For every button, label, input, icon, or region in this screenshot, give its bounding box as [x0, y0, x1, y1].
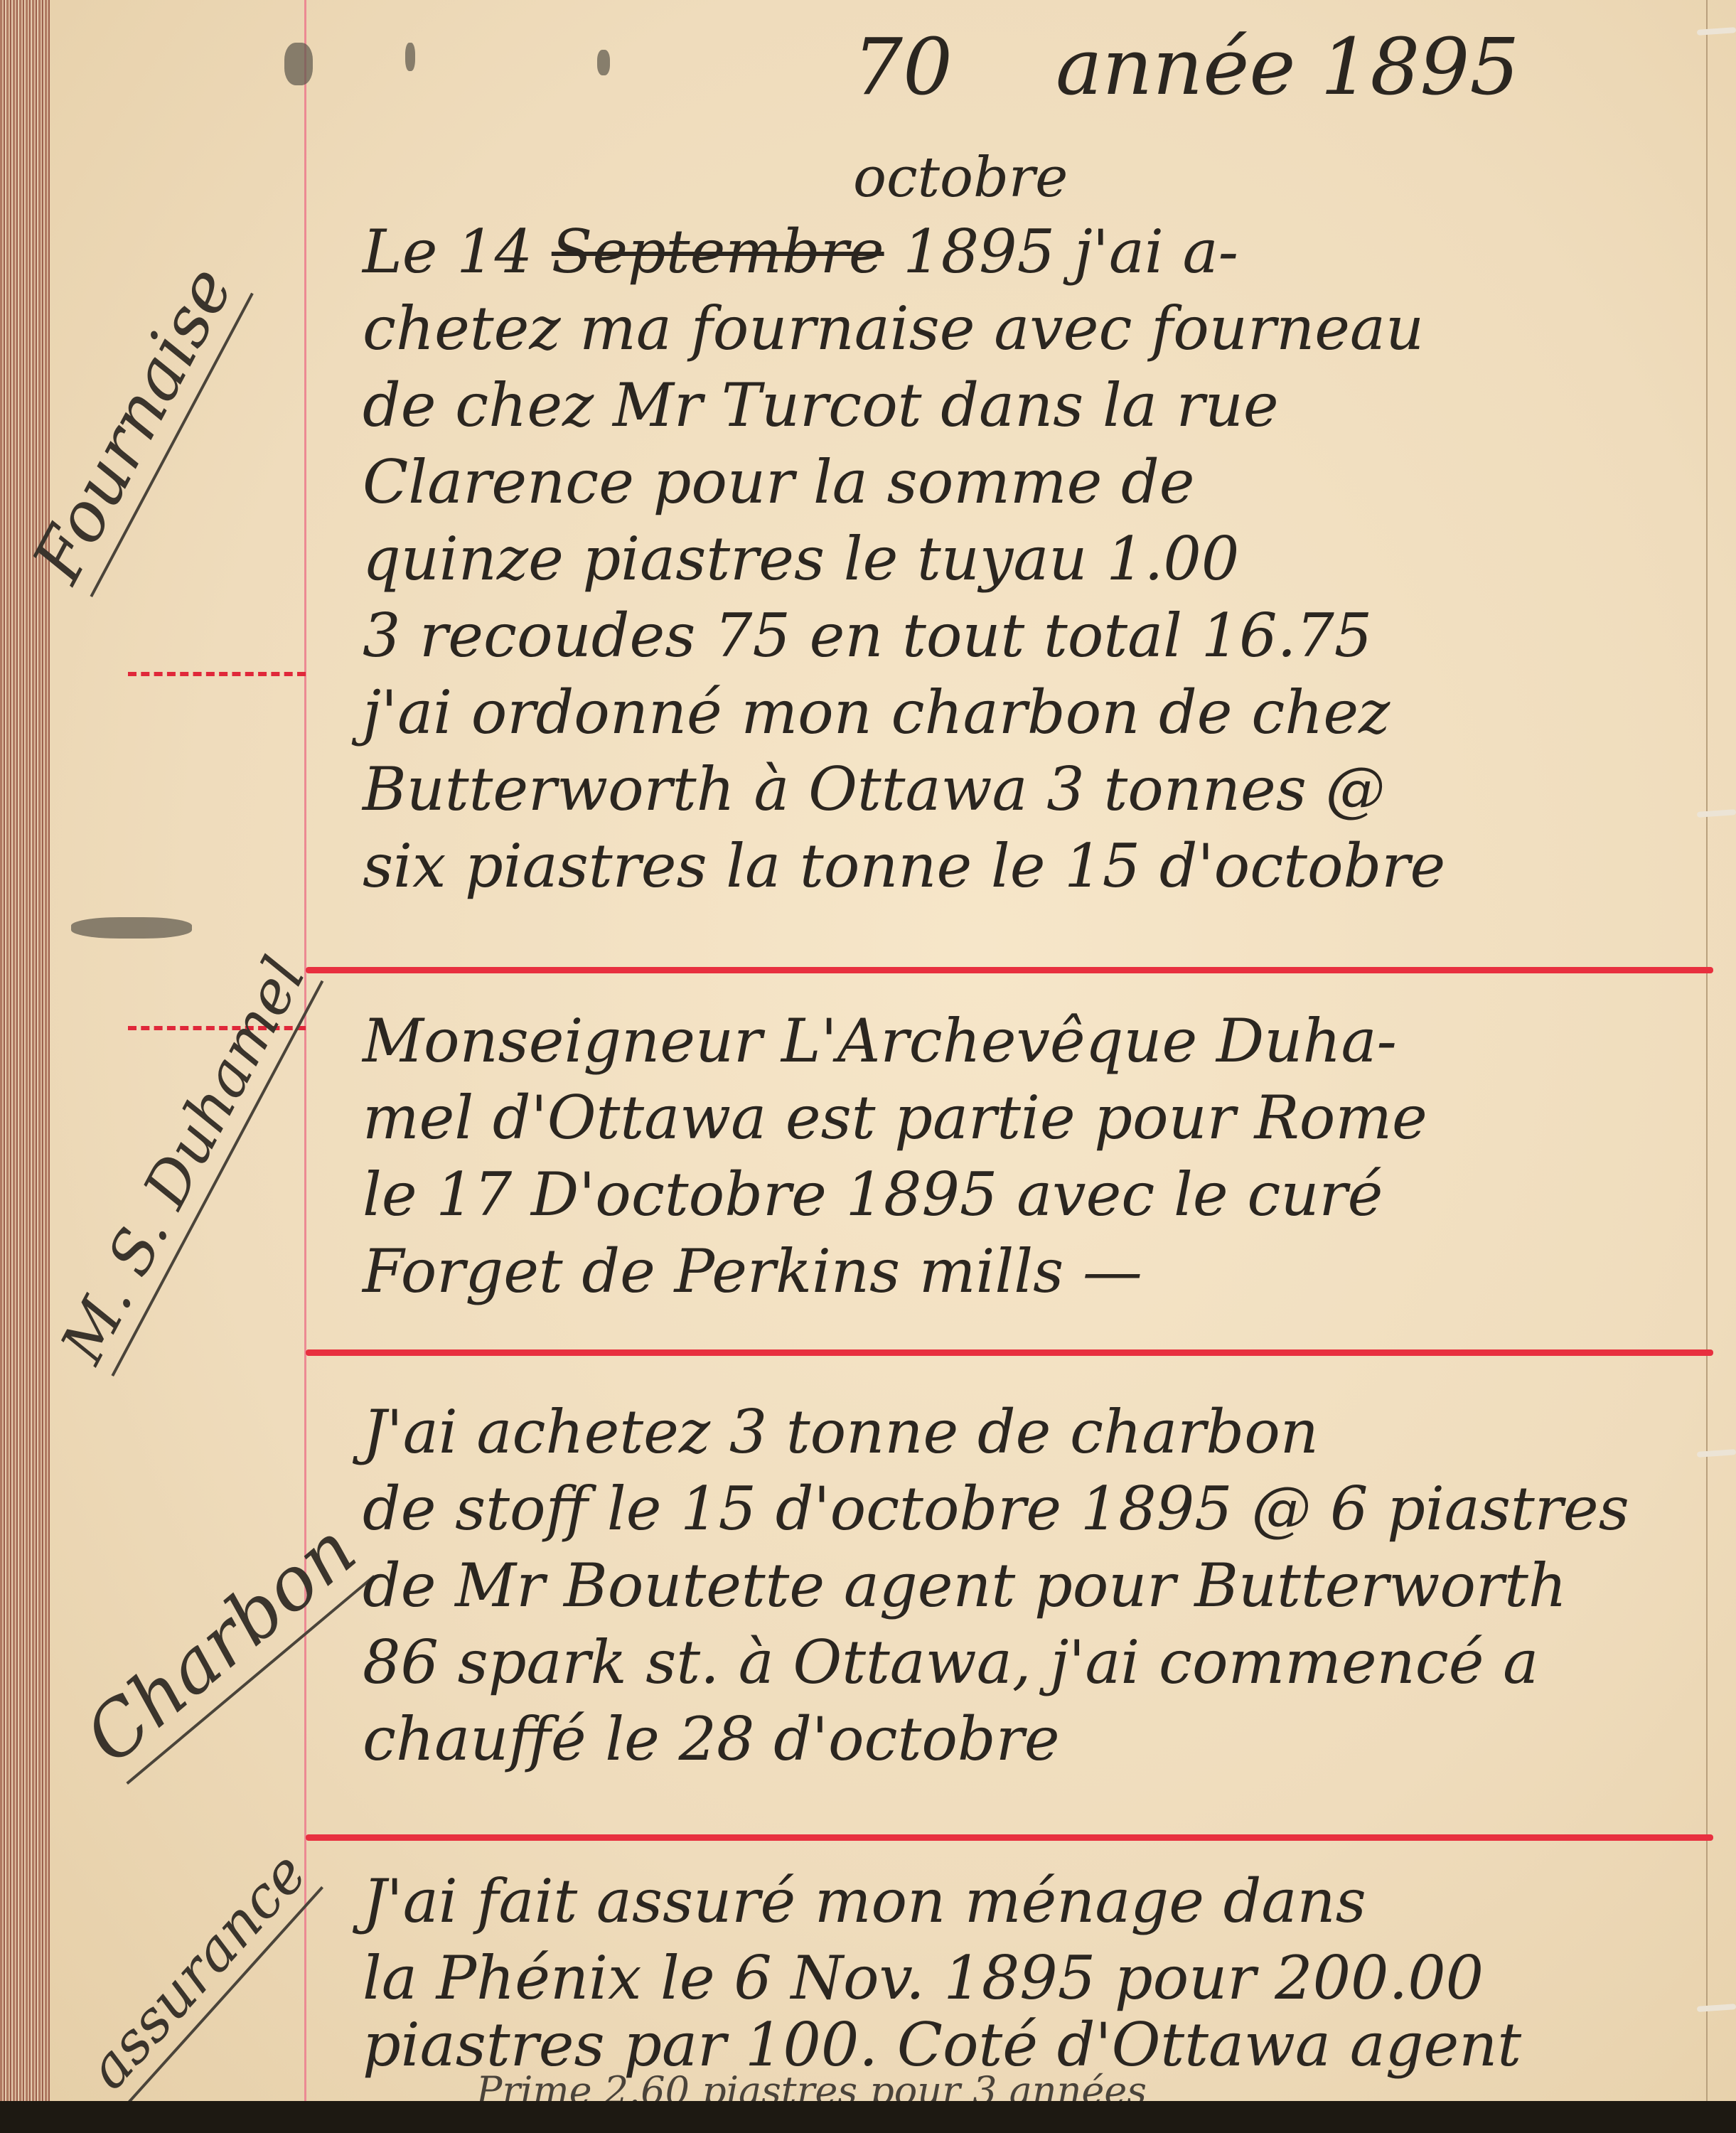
book-bottom-edge: [0, 2101, 1736, 2133]
page-header: 70 année 1895: [853, 21, 1519, 112]
entry-line: chauffé le 28 d'octobre: [363, 1701, 1736, 1777]
line-text: 1895 j'ai a-: [884, 217, 1238, 287]
entry-divider: [306, 1349, 1713, 1356]
entry-line: J'ai fait assuré mon ménage dans: [363, 1863, 1736, 1940]
entry-line: la Phénix le 6 Nov. 1895 pour 200.00: [363, 1940, 1736, 2016]
page-number: 70: [853, 21, 953, 112]
entry-line: quinze piastres le tuyau 1.00: [363, 520, 1736, 597]
line-text: Le 14: [363, 217, 552, 287]
ink-blot: [597, 50, 610, 75]
entry-line: mel d'Ottawa est partie pour Rome: [363, 1079, 1736, 1156]
margin-rule: [304, 0, 306, 2101]
margin-label-fournaise: Fournaise: [17, 254, 254, 597]
ink-smudge: [71, 917, 192, 939]
binding-stitch: [1697, 27, 1736, 36]
struck-word: Septembre: [552, 217, 884, 287]
page-title: année 1895: [1056, 21, 1519, 112]
entry-line: chetez ma fournaise avec fourneau: [363, 290, 1736, 367]
entry-line: de Mr Boutette agent pour Butterworth: [363, 1547, 1736, 1624]
entry-charbon: J'ai achetez 3 tonne de charbon de stoff…: [363, 1394, 1736, 1777]
ink-blot: [405, 43, 415, 71]
entry-line: Clarence pour la somme de: [363, 444, 1736, 520]
ledger-page: 70 année 1895 octobre Fournaise Le 14 Se…: [50, 0, 1736, 2103]
entry-line: six piastres la tonne le 15 d'octobre: [363, 828, 1736, 904]
margin-label-assurance: assurance: [75, 1840, 323, 2105]
entry-line: 86 spark st. à Ottawa, j'ai commencé a: [363, 1624, 1736, 1701]
margin-dash-rule: [128, 672, 306, 676]
entry-line: Butterworth à Ottawa 3 tonnes @: [363, 751, 1736, 828]
book-page-edges: [0, 0, 50, 2133]
inserted-correction: octobre: [853, 146, 1068, 210]
entry-line: J'ai achetez 3 tonne de charbon: [363, 1394, 1736, 1470]
margin-label-charbon: Charbon: [68, 1506, 375, 1785]
entry-line: de stoff le 15 d'octobre 1895 @ 6 piastr…: [363, 1470, 1736, 1547]
ink-blot: [284, 43, 313, 85]
entry-assurance: J'ai fait assuré mon ménage dans la Phén…: [363, 1863, 1736, 2109]
entry-line: Forget de Perkins mills —: [363, 1233, 1736, 1310]
entry-fournaise: Le 14 Septembre 1895 j'ai a- chetez ma f…: [363, 213, 1736, 904]
entry-divider: [306, 967, 1713, 973]
entry-line: j'ai ordonné mon charbon de chez: [363, 674, 1736, 751]
entry-divider: [306, 1834, 1713, 1841]
entry-line: de chez Mr Turcot dans la rue: [363, 367, 1736, 444]
entry-duhamel: Monseigneur L'Archevêque Duha- mel d'Ott…: [363, 1003, 1736, 1310]
entry-line: Monseigneur L'Archevêque Duha-: [363, 1003, 1736, 1079]
entry-line: piastres par 100. Coté d'Ottawa agent: [363, 2016, 1736, 2073]
margin-label-duhamel: M. S. Duhamel: [47, 946, 323, 1376]
entry-line: Le 14 Septembre 1895 j'ai a-: [363, 213, 1736, 290]
entry-line: 3 recoudes 75 en tout total 16.75: [363, 597, 1736, 674]
entry-line: le 17 D'octobre 1895 avec le curé: [363, 1156, 1736, 1233]
